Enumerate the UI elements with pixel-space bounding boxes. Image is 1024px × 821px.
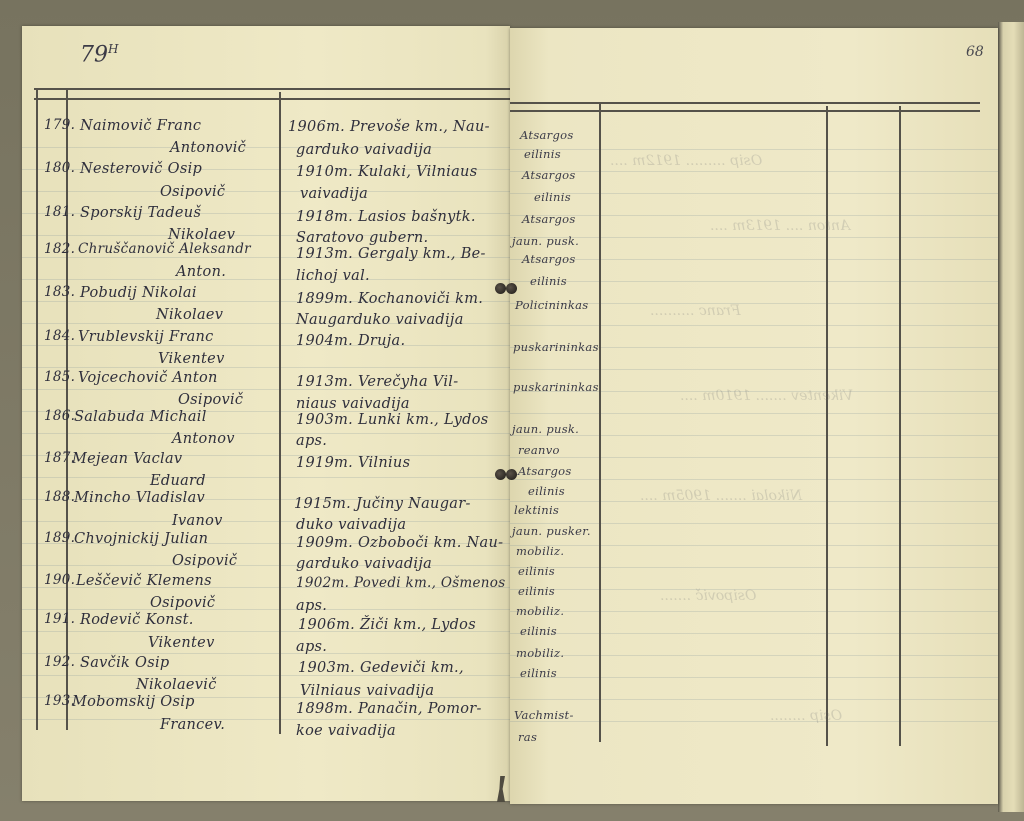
- entry-name: Naimovič Franc: [80, 119, 201, 134]
- binder-ring: [506, 469, 517, 480]
- entry-occupation-line2: eilinis: [534, 192, 571, 204]
- entry-occupation-line1: Policininkas: [515, 300, 589, 312]
- entry-occupation-line1: Atsargos: [518, 466, 572, 478]
- entry-occupation-line2: jaun. pusker.: [512, 526, 591, 538]
- entry-birth-line2: Saratovo gubern.: [296, 231, 428, 246]
- header-rule-bottom: [34, 98, 510, 100]
- entry-birth-line1: 1910m. Kulaki, Vilniaus: [296, 165, 477, 180]
- binder-ring: [506, 283, 517, 294]
- entry-name: Nesterovič Osip: [80, 162, 202, 177]
- folio-number: 79: [80, 42, 108, 67]
- header-rule-top: [34, 88, 510, 90]
- entry-patronymic: Antonov: [172, 432, 235, 447]
- entry-number: 182.: [44, 243, 75, 257]
- entry-birth-line1: 1918m. Lasios bašnytk.: [296, 210, 476, 225]
- entry-patronymic: Eduard: [150, 474, 206, 489]
- entry-occupation-line1: puskarininkas: [513, 382, 599, 394]
- binder-ring: [495, 469, 506, 480]
- entry-number: 186.: [44, 410, 75, 424]
- entry-birth-line1: 1919m. Vilnius: [296, 456, 410, 471]
- folio-number-left: 79H: [80, 42, 118, 67]
- entry-number: 190.: [44, 574, 75, 588]
- entry-birth-line1: 1902m. Povedi km., Ošmenos: [296, 577, 505, 591]
- entry-birth-line2: lichoj val.: [296, 269, 370, 284]
- entry-birth-line1: 1903m. Lunki km., Lydos: [296, 413, 489, 428]
- column-rule-left: [36, 88, 38, 730]
- entry-number: 185.: [44, 371, 75, 385]
- bleed-through-text: Osip ........: [770, 708, 842, 724]
- entry-name: Leščevič Klemens: [76, 574, 212, 589]
- bleed-through-text: Osip ......... 1912m ....: [610, 153, 762, 169]
- header-rule-bottom: [510, 110, 980, 112]
- entry-number: 180.: [44, 162, 75, 176]
- entry-birth-line1: 1906m. Žiči km., Lydos: [298, 618, 476, 633]
- entry-occupation-line1: lektinis: [514, 505, 559, 517]
- entry-name: Mincho Vladislav: [74, 491, 205, 506]
- entry-occupation-line2: eilinis: [518, 566, 555, 578]
- entry-occupation-line2: eilinis: [528, 486, 565, 498]
- entry-number: 191.: [44, 613, 75, 627]
- entry-patronymic: Nikolaev: [156, 308, 223, 323]
- entry-occupation-line1: jaun. pusk.: [512, 424, 579, 436]
- entry-birth-line1: 1913m. Verečyha Vil-: [296, 375, 458, 390]
- entry-name: Pobudij Nikolai: [80, 286, 197, 301]
- entry-name: Chruščanovič Aleksandr: [78, 243, 251, 257]
- column-rule-3: [826, 106, 828, 746]
- entry-number: 192.: [44, 656, 75, 670]
- entry-patronymic: Vikentev: [158, 352, 225, 367]
- entry-patronymic: Osipovič: [172, 554, 237, 569]
- bleed-through-text: Franc ..........: [650, 303, 741, 319]
- entry-birth-line1: 1903m. Gedeviči km.,: [298, 661, 464, 676]
- entry-name: Salabuda Michail: [74, 410, 207, 425]
- entry-name: Chvojnickij Julian: [74, 532, 208, 547]
- entry-patronymic: Francev.: [160, 718, 225, 733]
- page-stack-edge: [998, 22, 1024, 812]
- entry-birth-line2: koe vaivadija: [296, 724, 396, 739]
- entry-birth-line1: 1898m. Panačin, Pomor-: [296, 702, 482, 717]
- bleed-through-text: Osipovič .......: [660, 588, 756, 604]
- entry-number: 189.: [44, 532, 75, 546]
- entry-name: Mobomskij Osip: [72, 695, 195, 710]
- entry-occupation-line1: eilinis: [520, 626, 557, 638]
- entry-patronymic: Nikolaevič: [136, 678, 217, 693]
- entry-occupation-line1: Atsargos: [522, 170, 576, 182]
- entry-occupation-line1: mobiliz.: [516, 546, 564, 558]
- entry-birth-line1: 1915m. Jučiny Naugar-: [294, 497, 471, 512]
- right-page: 68 Osip ......... 1912m .... Anton .... …: [510, 28, 998, 804]
- entry-birth-line2: niaus vaivadija: [296, 397, 410, 412]
- folio-number-right: 68: [966, 44, 984, 60]
- entry-occupation-line2: reanvo: [518, 445, 560, 457]
- entry-patronymic: Osipovič: [150, 596, 215, 611]
- entry-occupation-line2: mobiliz.: [516, 648, 564, 660]
- entry-birth-line2: garduko vaivadija: [296, 557, 432, 572]
- column-rule-4: [899, 106, 901, 746]
- entry-birth-line2: Naugarduko vaivadija: [296, 313, 464, 328]
- bleed-through-text: Nikolai ....... 1905m ....: [640, 488, 802, 504]
- entry-occupation-line1: Atsargos: [520, 130, 574, 142]
- entry-occupation-line2: ras: [518, 732, 537, 744]
- entry-patronymic: Antonovič: [170, 141, 246, 156]
- column-rule-occupation: [599, 104, 601, 742]
- entry-birth-line2: aps.: [296, 640, 327, 655]
- entry-name: Rodevič Konst.: [80, 613, 194, 628]
- entry-birth-line2: vaivadija: [300, 187, 368, 202]
- entry-occupation-line2: jaun. pusk.: [512, 236, 579, 248]
- entry-birth-line2: aps.: [296, 599, 327, 614]
- entry-name: Mejean Vaclav: [72, 452, 182, 467]
- bleed-through-text: Vikentev ....... 1910m ....: [680, 388, 853, 404]
- binder-ring: [495, 283, 506, 294]
- entry-birth-line2: aps.: [296, 434, 327, 449]
- entry-number: 184.: [44, 330, 75, 344]
- entry-occupation-line1: eilinis: [518, 586, 555, 598]
- entry-name: Sporskij Tadeuš: [80, 206, 201, 221]
- entry-patronymic: Vikentev: [148, 636, 215, 651]
- entry-number: 188.: [44, 491, 75, 505]
- entry-number: 179.: [44, 119, 75, 133]
- entry-patronymic: Ivanov: [172, 514, 223, 529]
- entry-number: 193.: [44, 695, 75, 709]
- entry-birth-line2: Vilniaus vaivadija: [300, 684, 434, 699]
- entry-birth-line1: 1913m. Gergaly km., Be-: [296, 247, 486, 262]
- entry-occupation-line1: Atsargos: [522, 214, 576, 226]
- entry-birth-line2: duko vaivadija: [296, 518, 406, 533]
- entry-occupation-line2: eilinis: [530, 276, 567, 288]
- entry-birth-line2: garduko vaivadija: [296, 143, 432, 158]
- entry-occupation-line1: Atsargos: [522, 254, 576, 266]
- entry-name: Vrublevskij Franc: [78, 330, 214, 345]
- folio-mark: H: [108, 42, 118, 56]
- entry-number: 181.: [44, 206, 75, 220]
- entry-occupation-line2: eilinis: [524, 149, 561, 161]
- entry-patronymic: Osipovič: [178, 393, 243, 408]
- entry-patronymic: Anton.: [176, 265, 226, 280]
- header-rule-top: [510, 102, 980, 104]
- entry-occupation-line2: mobiliz.: [516, 606, 564, 618]
- entry-name: Savčik Osip: [80, 656, 169, 671]
- entry-occupation-line1: eilinis: [520, 668, 557, 680]
- entry-number: 183.: [44, 286, 75, 300]
- entry-birth-line1: 1909m. Ozboboči km. Nau-: [296, 536, 503, 551]
- entry-birth-line1: 1899m. Kochanoviči km.: [296, 292, 483, 307]
- entry-name: Vojcechovič Anton: [78, 371, 218, 386]
- entry-birth-line1: 1906m. Prevoše km., Nau-: [288, 120, 490, 135]
- entry-birth-line1: 1904m. Druja.: [296, 334, 405, 349]
- entry-occupation-line1: Vachmist-: [514, 710, 574, 722]
- column-rule-name: [279, 92, 281, 734]
- entry-patronymic: Osipovič: [160, 185, 225, 200]
- entry-occupation-line1: puskarininkas: [513, 342, 599, 354]
- entry-number: 187.: [44, 452, 75, 466]
- bleed-through-text: Anton .... 1913m ....: [710, 218, 850, 234]
